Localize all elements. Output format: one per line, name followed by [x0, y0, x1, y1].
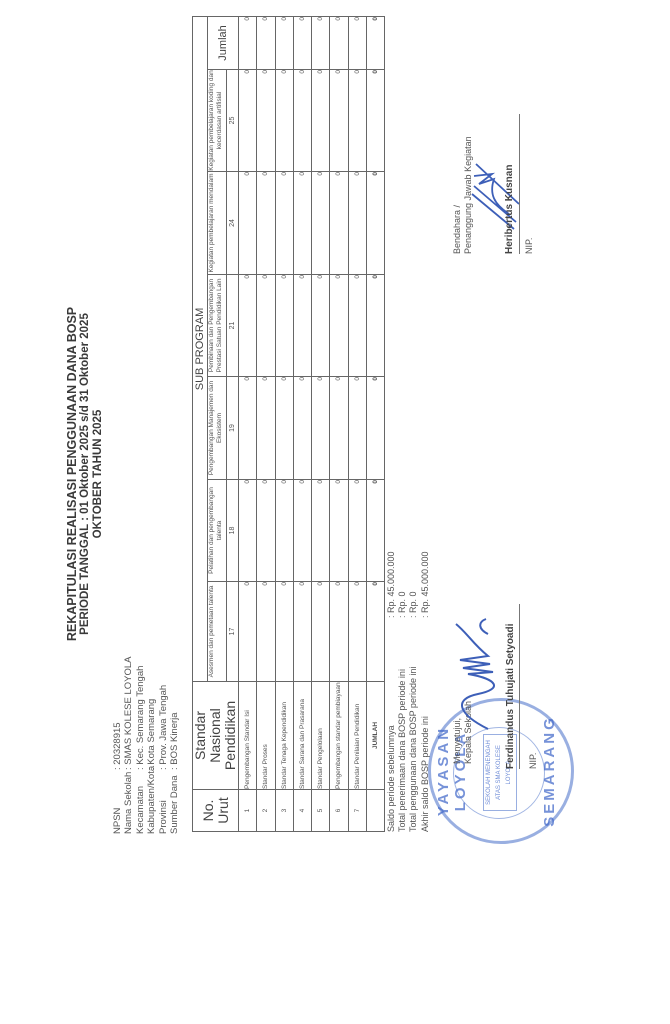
col-header-subprogram: Pengembangan Manajemen dan Ekosistem	[208, 377, 227, 480]
row-value: 0	[330, 172, 348, 275]
col-header-subprogram: Kegiatan pembelajaran koding dan kecerda…	[208, 70, 227, 172]
row-value: 0	[330, 377, 348, 480]
row-value: 0	[293, 275, 311, 377]
table-row: 2Standar Proses0000000	[257, 16, 275, 831]
sub-program-header: SUB PROGRAM	[193, 16, 208, 681]
col-code: 25	[227, 70, 239, 172]
table-body: 1Pengembangan Standar Isi00000002Standar…	[239, 16, 385, 831]
row-value: 0	[257, 275, 275, 377]
stamp-bottom-text: SEMARANG	[541, 711, 558, 831]
info-label: Kecamatan	[135, 770, 146, 834]
rekap-table: No. Urut Standar Nasional Pendidikan SUB…	[192, 16, 385, 832]
row-standar-name: Standar Sarana dan Prasarana	[293, 682, 311, 790]
row-value: 0	[239, 582, 257, 682]
total-row-number	[366, 790, 384, 832]
signature-scribble-left	[448, 614, 503, 734]
row-value: 0	[239, 275, 257, 377]
summary-label: Total penerimaan dana BOSP periode ini	[397, 618, 408, 832]
row-value: 0	[293, 172, 311, 275]
row-value: 0	[239, 172, 257, 275]
row-number: 1	[239, 790, 257, 832]
row-value: 0	[293, 377, 311, 480]
row-value: 0	[275, 377, 293, 480]
row-value: 0	[330, 70, 348, 172]
school-info: NPSN: 20328915 Nama Sekolah: SMAS KOLESE…	[112, 656, 180, 834]
table-total-row: JUMLAH0000000	[366, 16, 384, 831]
row-value: 0	[257, 70, 275, 172]
row-number: 4	[293, 790, 311, 832]
table-row: 4Standar Sarana dan Prasarana0000000	[293, 16, 311, 831]
info-value: : SMAS KOLESE LOYOLA	[123, 656, 134, 770]
grand-total: 0	[366, 16, 384, 69]
row-total: 0	[312, 16, 330, 69]
info-label: Sumber Dana	[169, 770, 180, 834]
total-value: 0	[366, 172, 384, 275]
signature-scribble-right	[464, 154, 524, 234]
col-header-standar: Standar Nasional Pendidikan	[193, 682, 239, 790]
row-value: 0	[348, 480, 366, 582]
row-number: 5	[312, 790, 330, 832]
info-label: Provinsi	[158, 770, 169, 834]
row-value: 0	[312, 70, 330, 172]
col-header-subprogram: Kegiatan pembelajaran mendalam	[208, 172, 227, 275]
col-header-jumlah: Jumlah	[208, 16, 239, 69]
sig-right-nip: NIP.	[524, 238, 534, 254]
table-row: 6Pengembangan standar pembiayaan0000000	[330, 16, 348, 831]
document-page: REKAPITULASI REALISASI PENGGUNAAN DANA B…	[0, 0, 670, 1024]
row-value: 0	[293, 582, 311, 682]
summary-row: Total penerimaan dana BOSP periode ini: …	[397, 551, 408, 832]
info-value: : Prov. Jawa Tengah	[158, 685, 169, 770]
col-header-no: No. Urut	[193, 790, 239, 832]
col-code: 24	[227, 172, 239, 275]
row-total: 0	[275, 16, 293, 69]
row-value: 0	[330, 582, 348, 682]
row-value: 0	[275, 172, 293, 275]
total-value: 0	[366, 70, 384, 172]
row-value: 0	[348, 582, 366, 682]
sig-right-name: Heribertus Kusnan	[504, 165, 515, 254]
info-row: Provinsi: Prov. Jawa Tengah	[158, 656, 169, 834]
sig-right-line1: Bendahara /	[452, 136, 463, 254]
info-value: : BOS Kinerja	[169, 712, 180, 770]
row-total: 0	[330, 16, 348, 69]
row-number: 7	[348, 790, 366, 832]
info-row: Kecamatan: Kec. Semarang Tengah	[135, 656, 146, 834]
summary-label: Saldo periode sebelumnya	[386, 618, 397, 832]
row-value: 0	[275, 70, 293, 172]
total-value: 0	[366, 582, 384, 682]
sig-left-name: Ferdinandus Tuhujati Setyoadi	[505, 624, 516, 769]
row-value: 0	[312, 480, 330, 582]
row-total: 0	[239, 16, 257, 69]
summary-row: Akhir saldo BOSP periode ini: Rp. 45.000…	[420, 551, 431, 832]
sig-right-line	[519, 114, 520, 254]
row-value: 0	[330, 480, 348, 582]
row-standar-name: Standar Pengelolaan	[312, 682, 330, 790]
row-value: 0	[257, 582, 275, 682]
total-value: 0	[366, 275, 384, 377]
col-code: 19	[227, 377, 239, 480]
info-value: : 20328915	[112, 722, 123, 770]
row-number: 2	[257, 790, 275, 832]
col-header-subprogram: Asesmen dan pemetaan talenta	[208, 582, 227, 682]
summary-value: : Rp. 45.000.000	[420, 551, 431, 618]
row-number: 3	[275, 790, 293, 832]
row-value: 0	[293, 480, 311, 582]
row-value: 0	[312, 275, 330, 377]
info-row: Sumber Dana: BOS Kinerja	[169, 656, 180, 834]
row-value: 0	[239, 70, 257, 172]
row-value: 0	[312, 377, 330, 480]
summary-value: : Rp. 45.000.000	[386, 551, 397, 618]
row-value: 0	[348, 377, 366, 480]
row-value: 0	[257, 480, 275, 582]
summary-row: Total penggunaan dana BOSP periode ini: …	[408, 551, 419, 832]
table-row: 5Standar Pengelolaan0000000	[312, 16, 330, 831]
info-label: Nama Sekolah	[123, 770, 134, 834]
row-total: 0	[257, 16, 275, 69]
info-label: Kabupaten/Kota	[146, 770, 157, 834]
col-header-subprogram: Pelatihan dan pengembangan talenta	[208, 480, 227, 582]
table-row: 3Standar Tenaga Kependidikan0000000	[275, 16, 293, 831]
row-value: 0	[275, 582, 293, 682]
total-row-label: JUMLAH	[366, 682, 384, 790]
row-value: 0	[239, 377, 257, 480]
info-value: : Kec. Semarang Tengah	[135, 666, 146, 770]
row-value: 0	[330, 275, 348, 377]
row-total: 0	[293, 16, 311, 69]
sig-left-nip: NIP.	[528, 753, 538, 769]
row-value: 0	[348, 172, 366, 275]
row-value: 0	[275, 275, 293, 377]
sig-left-line	[519, 604, 520, 769]
info-value: : Kota Semarang	[146, 699, 157, 770]
row-value: 0	[293, 70, 311, 172]
summary-row: Saldo periode sebelumnya: Rp. 45.000.000	[386, 551, 397, 832]
info-row: Kabupaten/Kota: Kota Semarang	[146, 656, 157, 834]
info-row: Nama Sekolah: SMAS KOLESE LOYOLA	[123, 656, 134, 834]
document-period: PERIODE TANGGAL : 01 Oktober 2025 s/d 31…	[79, 174, 92, 774]
summary-label: Akhir saldo BOSP periode ini	[420, 618, 431, 832]
balance-summary: Saldo periode sebelumnya: Rp. 45.000.000…	[386, 551, 431, 832]
row-value: 0	[348, 275, 366, 377]
info-row: NPSN: 20328915	[112, 656, 123, 834]
row-number: 6	[330, 790, 348, 832]
row-value: 0	[312, 582, 330, 682]
document-month: OKTOBER TAHUN 2025	[92, 174, 105, 774]
col-code: 18	[227, 480, 239, 582]
table-row: 7Standar Penilaian Pendidikan0000000	[348, 16, 366, 831]
row-standar-name: Standar Proses	[257, 682, 275, 790]
document-title: REKAPITULASI REALISASI PENGGUNAAN DANA B…	[66, 174, 79, 774]
row-value: 0	[257, 377, 275, 480]
col-code: 21	[227, 275, 239, 377]
row-standar-name: Standar Penilaian Pendidikan	[348, 682, 366, 790]
col-code: 17	[227, 582, 239, 682]
total-value: 0	[366, 480, 384, 582]
row-value: 0	[275, 480, 293, 582]
row-total: 0	[348, 16, 366, 69]
document-title-block: REKAPITULASI REALISASI PENGGUNAAN DANA B…	[66, 174, 105, 774]
total-value: 0	[366, 377, 384, 480]
row-value: 0	[348, 70, 366, 172]
summary-value: : Rp. 0	[408, 591, 419, 618]
row-value: 0	[239, 480, 257, 582]
row-standar-name: Pengembangan standar pembiayaan	[330, 682, 348, 790]
row-standar-name: Standar Tenaga Kependidikan	[275, 682, 293, 790]
table-row: 1Pengembangan Standar Isi0000000	[239, 16, 257, 831]
summary-label: Total penggunaan dana BOSP periode ini	[408, 618, 419, 832]
row-standar-name: Pengembangan Standar Isi	[239, 682, 257, 790]
summary-value: : Rp. 0	[397, 591, 408, 618]
info-label: NPSN	[112, 770, 123, 834]
col-header-subprogram: Pembinaan dan Pengembangan Prestasi Satu…	[208, 275, 227, 377]
row-value: 0	[312, 172, 330, 275]
row-value: 0	[257, 172, 275, 275]
